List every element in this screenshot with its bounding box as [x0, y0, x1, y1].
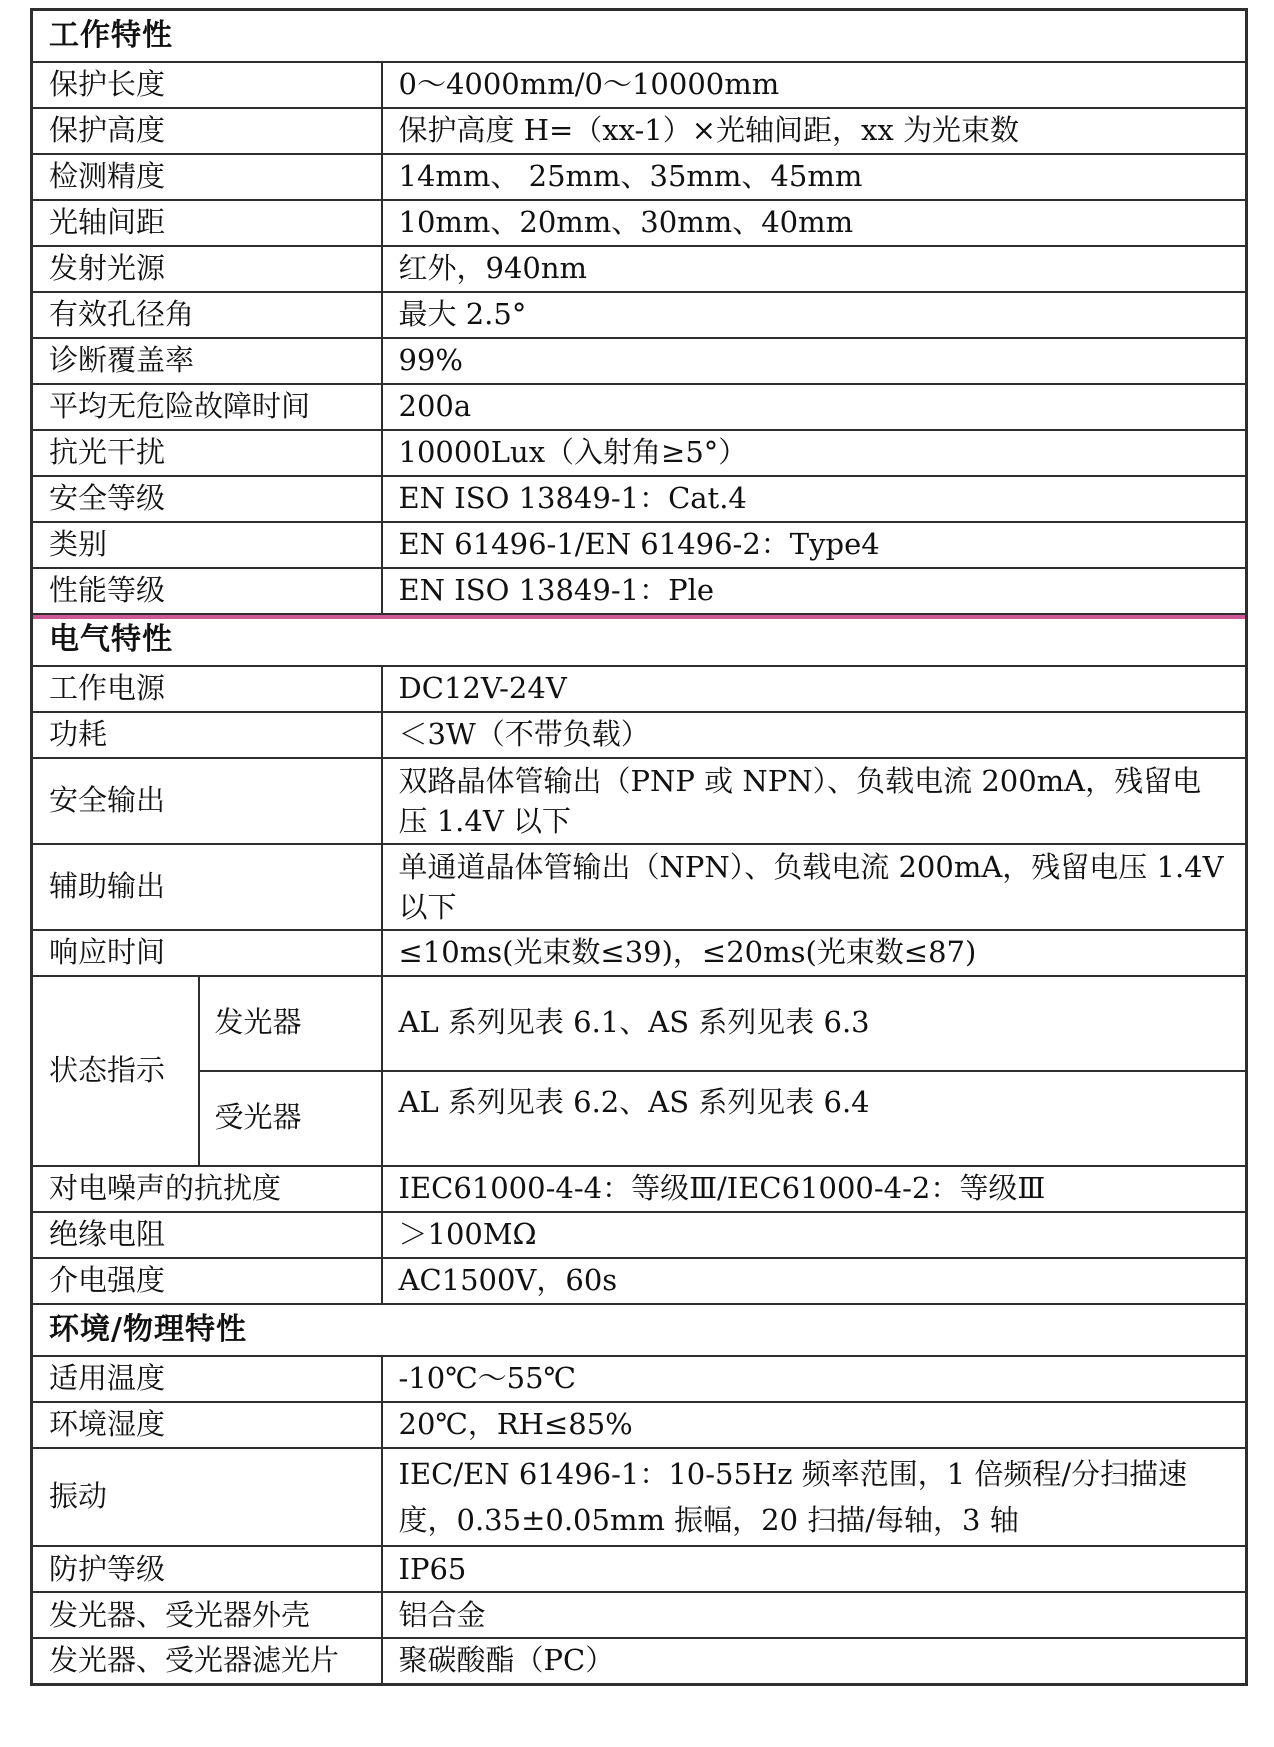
row-label: 发光器、受光器外壳	[32, 1592, 382, 1638]
row-label: 状态指示	[32, 976, 199, 1166]
table-row: 受光器 AL 系列见表 6.2、AS 系列见表 6.4	[32, 1071, 1247, 1166]
row-label: 诊断覆盖率	[32, 338, 382, 384]
row-value: 200a	[382, 384, 1247, 430]
row-label: 安全等级	[32, 476, 382, 522]
table-row: 平均无危险故障时间 200a	[32, 384, 1247, 430]
table-row: 环境湿度 20℃，RH≤85%	[32, 1402, 1247, 1448]
table-row: 检测精度 14mm、 25mm、35mm、45mm	[32, 154, 1247, 200]
row-value: 20℃，RH≤85%	[382, 1402, 1247, 1448]
row-label: 类别	[32, 522, 382, 568]
row-value: 单通道晶体管输出（NPN）、负载电流 200mA，残留电压 1.4V 以下	[382, 844, 1247, 930]
row-label: 抗光干扰	[32, 430, 382, 476]
row-value: IEC/EN 61496-1：10-55Hz 频率范围，1 倍频程/分扫描速度，…	[382, 1448, 1247, 1547]
row-value: 99%	[382, 338, 1247, 384]
section-header-row: 工作特性	[32, 10, 1247, 62]
table-row: 有效孔径角 最大 2.5°	[32, 292, 1247, 338]
row-label: 工作电源	[32, 666, 382, 712]
row-value: ≤10ms(光束数≤39)，≤20ms(光束数≤87)	[382, 930, 1247, 976]
table-row: 辅助输出 单通道晶体管输出（NPN）、负载电流 200mA，残留电压 1.4V …	[32, 844, 1247, 930]
row-label: 环境湿度	[32, 1402, 382, 1448]
row-value: 红外，940nm	[382, 246, 1247, 292]
table-row: 发光器、受光器滤光片 聚碳酸酯（PC）	[32, 1638, 1247, 1684]
row-label: 绝缘电阻	[32, 1212, 382, 1258]
row-value: EN ISO 13849-1：Cat.4	[382, 476, 1247, 522]
row-label: 检测精度	[32, 154, 382, 200]
row-value: 14mm、 25mm、35mm、45mm	[382, 154, 1247, 200]
table-row: 绝缘电阻 ＞100MΩ	[32, 1212, 1247, 1258]
table-row: 对电噪声的抗扰度 IEC61000-4-4：等级Ⅲ/IEC61000-4-2：等…	[32, 1166, 1247, 1212]
row-label: 保护长度	[32, 62, 382, 108]
section-title-cell: 工作特性	[32, 10, 1247, 62]
table-row: 振动 IEC/EN 61496-1：10-55Hz 频率范围，1 倍频程/分扫描…	[32, 1448, 1247, 1547]
section-title: 电气特性	[49, 622, 173, 657]
row-value: IEC61000-4-4：等级Ⅲ/IEC61000-4-2：等级Ⅲ	[382, 1166, 1247, 1212]
row-value: ＜3W（不带负载）	[382, 712, 1247, 758]
section-title: 工作特性	[49, 18, 173, 53]
row-label: 发射光源	[32, 246, 382, 292]
table-row: 响应时间 ≤10ms(光束数≤39)，≤20ms(光束数≤87)	[32, 930, 1247, 976]
table-row: 发光器、受光器外壳 铝合金	[32, 1592, 1247, 1638]
row-label: 保护高度	[32, 108, 382, 154]
row-label: 安全输出	[32, 758, 382, 844]
pink-divider-line	[32, 615, 1247, 619]
row-value: DC12V-24V	[382, 666, 1247, 712]
row-label: 防护等级	[32, 1546, 382, 1592]
table-row: 类别 EN 61496-1/EN 61496-2：Type4	[32, 522, 1247, 568]
table-row: 抗光干扰 10000Lux（入射角≥5°）	[32, 430, 1247, 476]
section-title-cell: 电气特性	[32, 614, 1247, 666]
row-value: 0～4000mm/0～10000mm	[382, 62, 1247, 108]
section-header-row: 电气特性	[32, 614, 1247, 666]
row-value: AC1500V，60s	[382, 1258, 1247, 1304]
row-label: 有效孔径角	[32, 292, 382, 338]
row-label: 辅助输出	[32, 844, 382, 930]
table-row: 光轴间距 10mm、20mm、30mm、40mm	[32, 200, 1247, 246]
row-value: AL 系列见表 6.1、AS 系列见表 6.3	[382, 976, 1247, 1071]
row-value: AL 系列见表 6.2、AS 系列见表 6.4	[382, 1071, 1247, 1166]
row-label: 性能等级	[32, 568, 382, 614]
table-row: 防护等级 IP65	[32, 1546, 1247, 1592]
table-row: 保护高度 保护高度 H=（xx-1）×光轴间距，xx 为光束数	[32, 108, 1247, 154]
row-label: 平均无危险故障时间	[32, 384, 382, 430]
row-value: 铝合金	[382, 1592, 1247, 1638]
row-label: 振动	[32, 1448, 382, 1547]
row-label: 介电强度	[32, 1258, 382, 1304]
section-title: 环境/物理特性	[49, 1312, 247, 1347]
row-label: 响应时间	[32, 930, 382, 976]
row-value: 双路晶体管输出（PNP 或 NPN）、负载电流 200mA，残留电压 1.4V …	[382, 758, 1247, 844]
row-label: 对电噪声的抗扰度	[32, 1166, 382, 1212]
row-value: 最大 2.5°	[382, 292, 1247, 338]
table-row: 适用温度 -10℃～55℃	[32, 1356, 1247, 1402]
sub-row-label: 受光器	[199, 1071, 382, 1166]
table-row: 诊断覆盖率 99%	[32, 338, 1247, 384]
table-row: 安全输出 双路晶体管输出（PNP 或 NPN）、负载电流 200mA，残留电压 …	[32, 758, 1247, 844]
page: { "colors": { "divider_pink": "#cf5795",…	[0, 0, 1274, 1747]
row-value: EN 61496-1/EN 61496-2：Type4	[382, 522, 1247, 568]
section-title-cell: 环境/物理特性	[32, 1304, 1247, 1356]
row-label: 发光器、受光器滤光片	[32, 1638, 382, 1684]
table-row: 发射光源 红外，940nm	[32, 246, 1247, 292]
sub-row-label: 发光器	[199, 976, 382, 1071]
table-row: 介电强度 AC1500V，60s	[32, 1258, 1247, 1304]
table-row: 安全等级 EN ISO 13849-1：Cat.4	[32, 476, 1247, 522]
row-label: 适用温度	[32, 1356, 382, 1402]
row-value: ＞100MΩ	[382, 1212, 1247, 1258]
section-header-row: 环境/物理特性	[32, 1304, 1247, 1356]
row-value: 聚碳酸酯（PC）	[382, 1638, 1247, 1684]
row-value: 10000Lux（入射角≥5°）	[382, 430, 1247, 476]
row-value: 10mm、20mm、30mm、40mm	[382, 200, 1247, 246]
row-value: EN ISO 13849-1：Ple	[382, 568, 1247, 614]
row-label: 功耗	[32, 712, 382, 758]
row-value: IP65	[382, 1546, 1247, 1592]
row-value: 保护高度 H=（xx-1）×光轴间距，xx 为光束数	[382, 108, 1247, 154]
spec-table-wrapper: 工作特性 保护长度 0～4000mm/0～10000mm 保护高度 保护高度 H…	[30, 8, 1248, 1686]
table-row: 保护长度 0～4000mm/0～10000mm	[32, 62, 1247, 108]
table-row: 性能等级 EN ISO 13849-1：Ple	[32, 568, 1247, 614]
spec-table: 工作特性 保护长度 0～4000mm/0～10000mm 保护高度 保护高度 H…	[30, 8, 1248, 1686]
table-row: 状态指示 发光器 AL 系列见表 6.1、AS 系列见表 6.3	[32, 976, 1247, 1071]
table-row: 工作电源 DC12V-24V	[32, 666, 1247, 712]
row-value: -10℃～55℃	[382, 1356, 1247, 1402]
row-label: 光轴间距	[32, 200, 382, 246]
table-row: 功耗 ＜3W（不带负载）	[32, 712, 1247, 758]
